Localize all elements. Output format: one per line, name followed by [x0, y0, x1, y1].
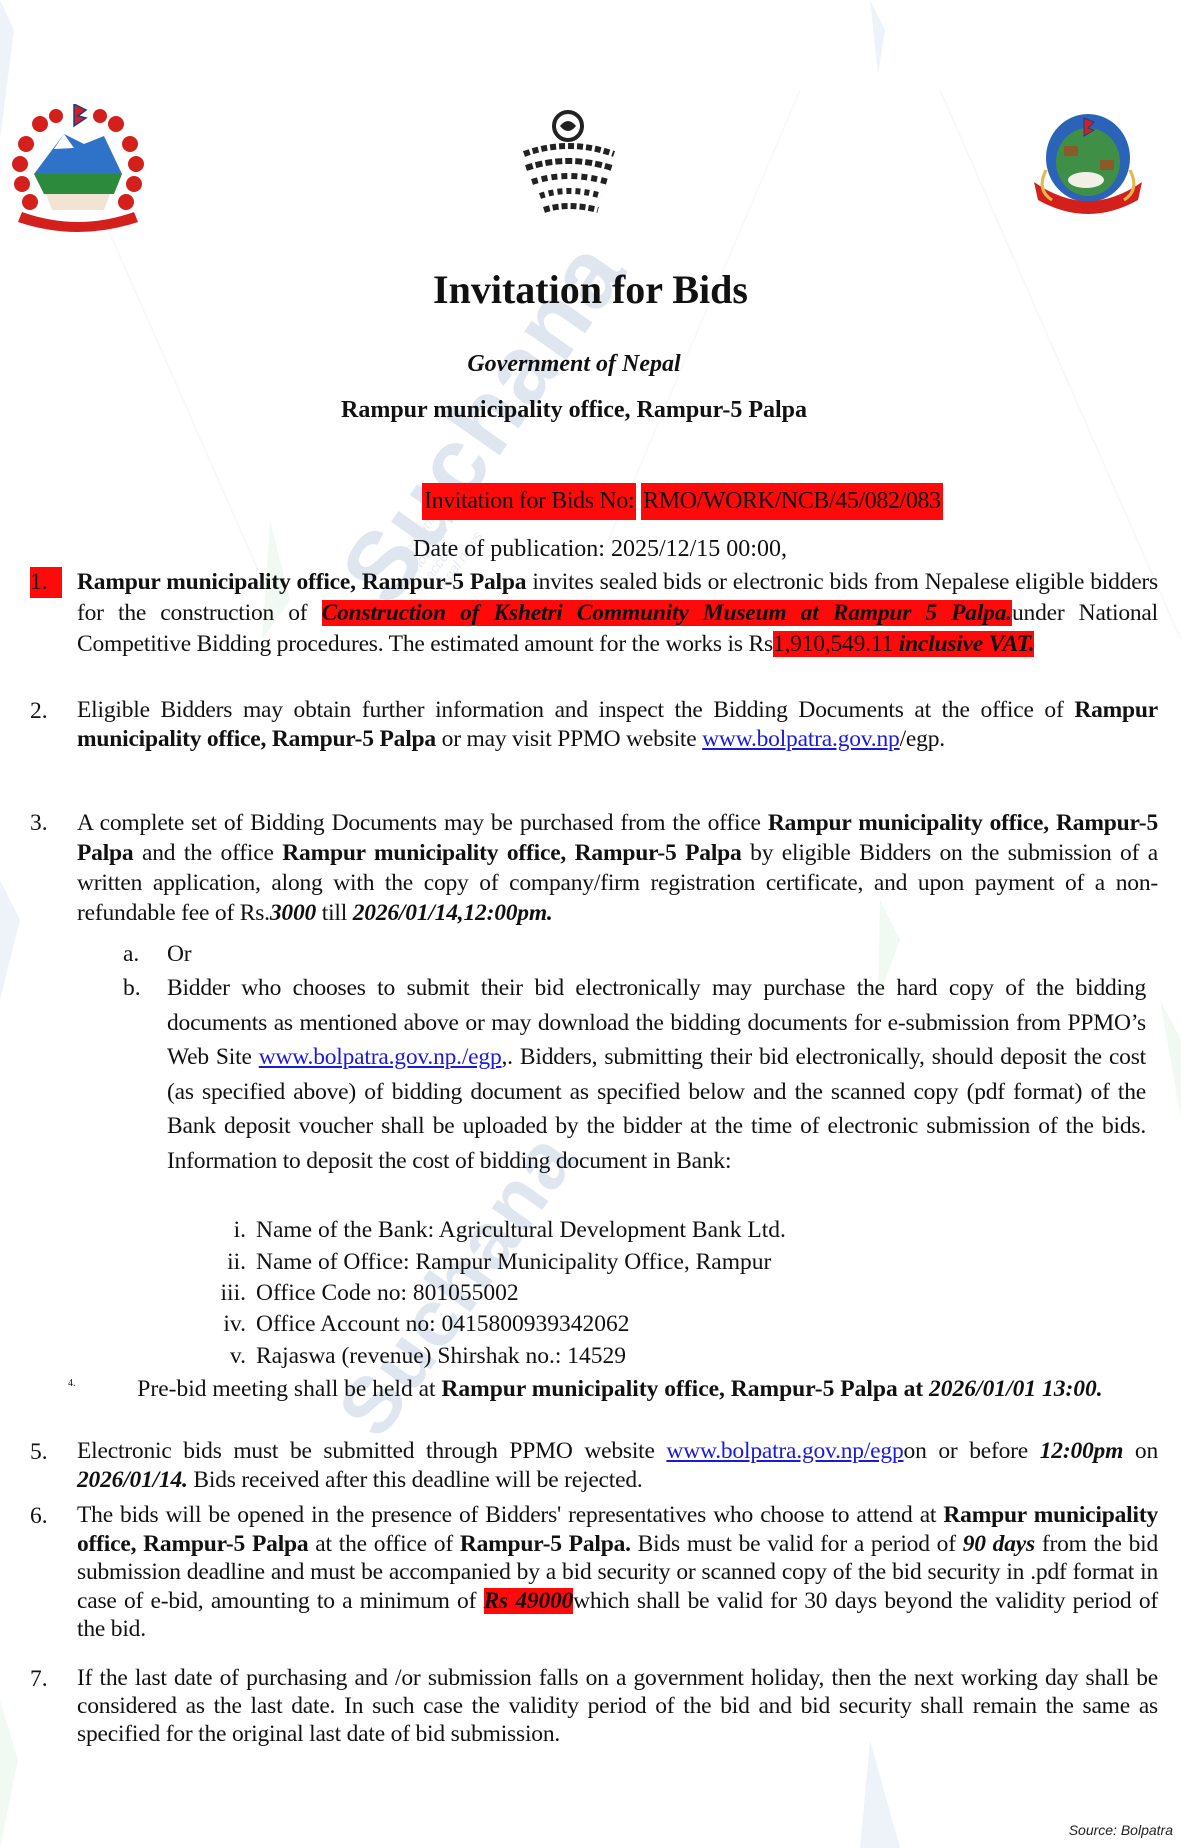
source-credit: Source: Bolpatra [1069, 1822, 1173, 1838]
item-3-office-2: Rampur municipality office, Rampur-5 Pal… [282, 840, 741, 866]
item-6-text-3: Bids must be valid for a period of [631, 1531, 963, 1557]
page-title: Invitation for Bids [0, 270, 1181, 310]
item-5-text-2: on or before [904, 1438, 1040, 1464]
list-item-4: Pre-bid meeting shall be held at Rampur … [110, 1374, 1130, 1405]
office-subtitle: Rampur municipality office, Rampur-5 Pal… [0, 398, 1148, 422]
item-2-text-2: or may visit PPMO website [436, 726, 702, 752]
subitem-b: Bidder who chooses to submit their bid e… [167, 971, 1146, 1178]
seal-stamp-icon [510, 108, 630, 223]
list-item-6: The bids will be opened in the presence … [77, 1501, 1158, 1644]
bid-validity: 90 days [963, 1531, 1035, 1557]
item-4-office: Rampur municipality office, Rampur-5 Pal… [441, 1376, 897, 1402]
item-4-text-2: at [898, 1376, 929, 1402]
municipality-seal-stamp [510, 108, 630, 228]
item-1-office: Rampur municipality office, Rampur-5 Pal… [77, 569, 526, 595]
bid-security-amount: Rs 49000 [484, 1588, 574, 1614]
item-2-number: 2. [30, 696, 48, 727]
list-item-1: Rampur municipality office, Rampur-5 Pal… [77, 567, 1158, 660]
office-name: Name of Office: Rampur Municipality Offi… [256, 1248, 771, 1276]
list-item-3: A complete set of Bidding Documents may … [77, 808, 1158, 928]
submission-date: 2026/01/14. [77, 1467, 188, 1493]
bank-name: Name of the Bank: Agricultural Developme… [256, 1216, 786, 1244]
item-6-text-2: at the office of [308, 1531, 459, 1557]
ifb-label: Invitation for Bids No: [422, 483, 636, 520]
subitem-a-label: a. [123, 937, 139, 972]
bank-detail-label: v. [186, 1342, 246, 1370]
submission-time: 12:00pm [1040, 1438, 1123, 1464]
bolpatra-link[interactable]: www.bolpatra.gov.np [702, 726, 899, 752]
purchase-deadline: 2026/01/14,12:00pm. [353, 900, 553, 926]
item-6-text: The bids will be opened in the presence … [77, 1502, 943, 1528]
prebid-datetime: 2026/01/01 13:00. [929, 1376, 1103, 1402]
item-1-number: 1. [30, 567, 62, 598]
item-3-text: A complete set of Bidding Documents may … [77, 810, 768, 836]
subitem-b-label: b. [123, 971, 141, 1006]
subitem-a: Or [167, 937, 1146, 972]
estimated-amount: 1,910,549.11 inclusive VAT. [773, 631, 1034, 657]
government-subtitle: Government of Nepal [0, 352, 1148, 376]
municipality-logo-icon [1026, 110, 1150, 220]
ifb-number: RMO/WORK/NCB/45/082/083 [641, 483, 943, 520]
item-5-number: 5. [30, 1437, 48, 1468]
amount-value: 1,910,549.11 [773, 631, 893, 657]
item-4-number: 4. [68, 1374, 76, 1394]
revenue-shirshak-number: Rajaswa (revenue) Shirshak no.: 14529 [256, 1342, 626, 1370]
list-item-5: Electronic bids must be submitted throug… [77, 1437, 1158, 1495]
amount-suffix: inclusive VAT. [899, 631, 1035, 657]
work-name: Construction of Kshetri Community Museum… [322, 600, 1012, 626]
bank-detail-label: iii. [186, 1279, 246, 1307]
item-6-office-2: Rampur-5 Palpa. [460, 1531, 631, 1557]
item-6-number: 6. [30, 1501, 48, 1532]
item-5-text: Electronic bids must be submitted throug… [77, 1438, 666, 1464]
item-3-text-2: and the office [133, 840, 282, 866]
publication-date: Date of publication: 2025/12/15 00:00, [413, 534, 787, 564]
bolpatra-submit-link[interactable]: www.bolpatra.gov.np/egp [666, 1438, 903, 1464]
item-2-text: Eligible Bidders may obtain further info… [77, 697, 1074, 723]
item-4-text: Pre-bid meeting shall be held at [137, 1376, 441, 1402]
office-account-number: Office Account no: 0415800939342062 [256, 1310, 630, 1338]
bank-detail-label: ii. [186, 1248, 246, 1276]
nepal-government-emblem [4, 104, 152, 239]
item-3-text-4: till [316, 900, 353, 926]
list-item-7: If the last date of purchasing and /or s… [77, 1664, 1158, 1748]
bolpatra-egp-link[interactable]: www.bolpatra.gov.np./egp [259, 1044, 502, 1070]
bank-detail-label: i. [186, 1216, 246, 1244]
item-5-text-4: Bids received after this deadline will b… [188, 1467, 643, 1493]
rampur-municipality-logo [1026, 110, 1150, 225]
office-code: Office Code no: 801055002 [256, 1279, 519, 1307]
item-7-number: 7. [30, 1664, 48, 1695]
item-2-text-3: /egp. [900, 726, 945, 752]
item-5-text-3: on [1123, 1438, 1158, 1464]
nepal-emblem-icon [4, 104, 152, 234]
document-fee: 3000 [270, 900, 316, 926]
item-3-number: 3. [30, 808, 48, 839]
list-item-2: Eligible Bidders may obtain further info… [77, 696, 1158, 754]
ifb-number-line: Invitation for Bids No: RMO/WORK/NCB/45/… [422, 483, 943, 520]
bank-detail-label: iv. [186, 1310, 246, 1338]
